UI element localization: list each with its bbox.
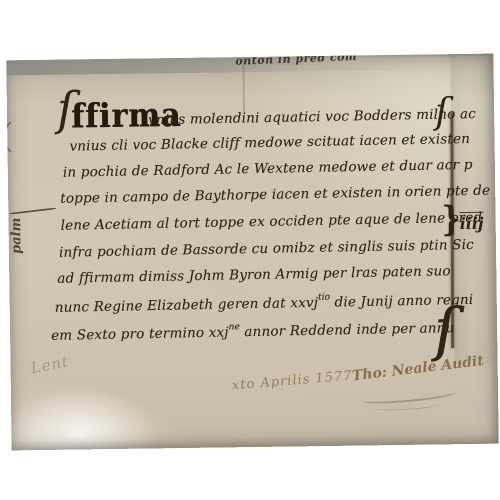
document-photo: onton in pred com ffirma vnius molendini… — [6, 54, 498, 451]
manuscript-line: toppe in campo de Baythorpe iacen et exi… — [60, 183, 490, 207]
line9-text: em Sexto pro termino xxj — [51, 324, 229, 343]
superscript-abbreviation: ne — [229, 322, 240, 332]
auction-photo-page: onton in pred com ffirma vnius molendini… — [0, 0, 500, 500]
left-margin-curve-mark: ( — [6, 116, 14, 156]
manuscript-line: infra pochiam de Bassorde cu omibz et si… — [59, 237, 474, 261]
margin-rent-numeral: iiij — [459, 212, 483, 233]
manuscript-line: in pochia de Radford Ac le Wextene medow… — [63, 157, 473, 181]
endorsement-date: xto Aprilis 1577 — [231, 368, 353, 393]
line9-text-end: annor Reddend inde per annu — [240, 320, 455, 340]
superscript-abbreviation: tio — [318, 293, 330, 303]
left-margin-vertical-note: palm — [9, 206, 25, 266]
manuscript-line: em Sexto pro termino xxjne annor Reddend… — [51, 318, 455, 344]
pen-flourish-icon — [435, 94, 449, 130]
manuscript-line: vnius molendini aquatici voc Bodders mil… — [148, 106, 476, 128]
line8-text: nunc Regine Elizabeth geren dat xxvj — [55, 295, 319, 316]
margin-bracket: } — [441, 199, 461, 240]
manuscript-line: ad ffirmam dimiss Johm Byron Armig per l… — [57, 263, 451, 287]
manuscript-line: lene Acetiam al tort toppe ex occiden pt… — [60, 210, 482, 234]
faint-bottom-left-note: Lent — [29, 352, 70, 377]
auditor-signature: Tho: Neale Audit — [351, 353, 484, 385]
pen-flourish-icon — [434, 300, 456, 358]
manuscript-line: nunc Regine Elizabeth geren dat xxvjtio … — [55, 290, 474, 316]
